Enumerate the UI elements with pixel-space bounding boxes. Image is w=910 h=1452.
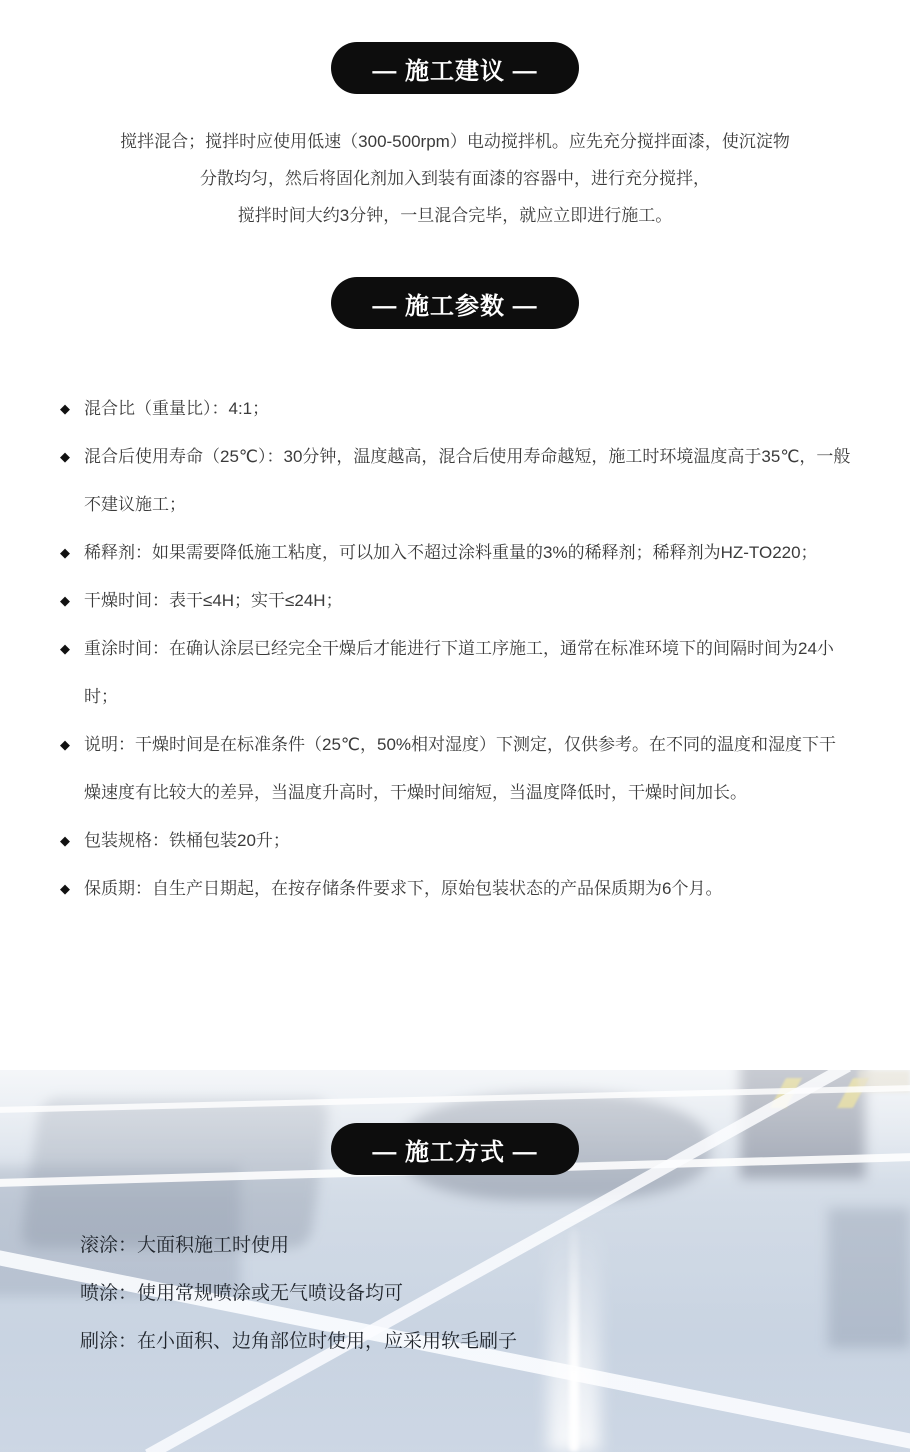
params-list-item: ◆混合后使用寿命（25℃）：30分钟，温度越高，混合后使用寿命越短，施工时环境温…: [60, 433, 852, 529]
params-list-item: ◆保质期：自生产日期起，在按存储条件要求下，原始包装状态的产品保质期为6个月。: [60, 865, 852, 913]
params-item-text: 包装规格：铁桶包装20升；: [84, 831, 290, 850]
params-item-text: 稀释剂：如果需要降低施工粘度，可以加入不超过涂料重量的3%的稀释剂；稀释剂为HZ…: [84, 543, 818, 562]
method-line-roller: 滚涂：大面积施工时使用: [80, 1222, 517, 1270]
diamond-bullet-icon: ◆: [60, 625, 70, 673]
params-list-item: ◆干燥时间：表干≤4H；实干≤24H；: [60, 577, 852, 625]
floor-photo-section: — 施工方式 — 滚涂：大面积施工时使用 喷涂：使用常规喷涂或无气喷设备均可 刷…: [0, 1070, 910, 1452]
advice-paragraph-line: 分散均匀，然后将固化剂加入到装有面漆的容器中，进行充分搅拌，: [0, 160, 910, 197]
diamond-bullet-icon: ◆: [60, 529, 70, 577]
methods-lines: 滚涂：大面积施工时使用 喷涂：使用常规喷涂或无气喷设备均可 刷涂：在小面积、边角…: [80, 1222, 517, 1366]
params-list: ◆混合比（重量比）：4:1； ◆混合后使用寿命（25℃）：30分钟，温度越高，混…: [60, 385, 852, 913]
diamond-bullet-icon: ◆: [60, 385, 70, 433]
diamond-bullet-icon: ◆: [60, 577, 70, 625]
section-title-advice-label: — 施工建议 —: [372, 51, 537, 86]
params-item-text: 混合比（重量比）：4:1；: [84, 399, 269, 418]
params-item-text: 重涂时间：在确认涂层已经完全干燥后才能进行下道工序施工，通常在标准环境下的间隔时…: [84, 639, 834, 706]
diamond-bullet-icon: ◆: [60, 433, 70, 481]
params-list-item: ◆包装规格：铁桶包装20升；: [60, 817, 852, 865]
advice-paragraph: 搅拌混合；搅拌时应使用低速（300-500rpm）电动搅拌机。应先充分搅拌面漆，…: [0, 123, 910, 234]
section-title-params: — 施工参数 —: [331, 277, 579, 329]
diamond-bullet-icon: ◆: [60, 721, 70, 769]
method-line-brush: 刷涂：在小面积、边角部位时使用，应采用软毛刷子: [80, 1318, 517, 1366]
section-title-methods-label: — 施工方式 —: [372, 1132, 537, 1167]
section-title-params-label: — 施工参数 —: [372, 286, 537, 321]
diamond-bullet-icon: ◆: [60, 817, 70, 865]
params-item-text: 混合后使用寿命（25℃）：30分钟，温度越高，混合后使用寿命越短，施工时环境温度…: [84, 447, 850, 514]
params-item-text: 保质期：自生产日期起，在按存储条件要求下，原始包装状态的产品保质期为6个月。: [84, 879, 722, 898]
params-list-item: ◆稀释剂：如果需要降低施工粘度，可以加入不超过涂料重量的3%的稀释剂；稀释剂为H…: [60, 529, 852, 577]
diamond-bullet-icon: ◆: [60, 865, 70, 913]
advice-paragraph-line: 搅拌混合；搅拌时应使用低速（300-500rpm）电动搅拌机。应先充分搅拌面漆，…: [0, 123, 910, 160]
section-title-methods: — 施工方式 —: [331, 1123, 579, 1175]
params-list-item: ◆重涂时间：在确认涂层已经完全干燥后才能进行下道工序施工，通常在标准环境下的间隔…: [60, 625, 852, 721]
advice-paragraph-line: 搅拌时间大约3分钟，一旦混合完毕，就应立即进行施工。: [0, 197, 910, 234]
product-detail-page: — 施工建议 — 搅拌混合；搅拌时应使用低速（300-500rpm）电动搅拌机。…: [0, 0, 910, 1452]
method-line-spray: 喷涂：使用常规喷涂或无气喷设备均可: [80, 1270, 517, 1318]
section-title-advice: — 施工建议 —: [331, 42, 579, 94]
params-list-item: ◆混合比（重量比）：4:1；: [60, 385, 852, 433]
params-list-item: ◆说明：干燥时间是在标准条件（25℃，50%相对湿度）下测定，仅供参考。在不同的…: [60, 721, 852, 817]
params-item-text: 说明：干燥时间是在标准条件（25℃，50%相对湿度）下测定，仅供参考。在不同的温…: [84, 735, 836, 802]
params-item-text: 干燥时间：表干≤4H；实干≤24H；: [84, 591, 343, 610]
